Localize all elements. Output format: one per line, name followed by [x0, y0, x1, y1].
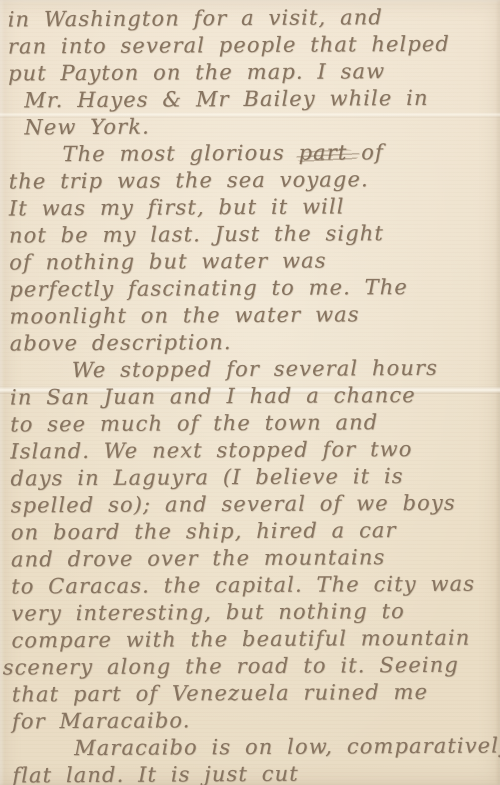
- handwritten-line: in San Juan and I had a chance: [0, 381, 500, 411]
- handwritten-line: days in Laguyra (I believe it is: [0, 462, 500, 492]
- handwritten-line: above description.: [0, 327, 500, 357]
- handwritten-line: for Maracaibo.: [2, 705, 500, 735]
- handwritten-line: not be my last. Just the sight: [0, 219, 499, 249]
- handwritten-line: Island. We next stopped for two: [0, 435, 500, 465]
- handwritten-line: moonlight on the water was: [0, 300, 500, 330]
- handwritten-line: in Washington for a visit, and: [0, 3, 498, 33]
- handwritten-line: to Caracas. the capital. The city was: [1, 570, 500, 600]
- handwritten-line: very interesting, but nothing to: [1, 597, 500, 627]
- handwritten-line: the trip was the sea voyage.: [0, 165, 499, 195]
- handwritten-line: put Payton on the map. I saw: [0, 57, 498, 87]
- handwritten-line: ran into several people that helped: [0, 30, 498, 60]
- handwritten-line: of nothing but water was: [0, 246, 499, 276]
- handwritten-line: flat land. It is just cut: [2, 759, 500, 785]
- handwritten-line: perfectly fascinating to me. The: [0, 273, 499, 303]
- handwritten-line: Mr. Hayes & Mr Bailey while in: [0, 84, 498, 114]
- handwritten-line: that part of Venezuela ruined me: [2, 678, 500, 708]
- handwritten-line: and drove over the mountains: [1, 543, 500, 573]
- handwritten-line: compare with the beautiful mountain: [1, 624, 500, 654]
- handwritten-line: scenery along the road to it. Seeing: [2, 651, 500, 681]
- handwritten-line: It was my first, but it will: [0, 192, 499, 222]
- handwritten-line paragraph-start: The most glorious part of: [0, 138, 499, 168]
- handwritten-line: spelled so); and several of we boys: [1, 489, 500, 519]
- handwritten-line: on board the ship, hired a car: [1, 516, 500, 546]
- letter-body: in Washington for a visit, and ran into …: [0, 3, 500, 785]
- handwritten-line paragraph-start: We stopped for several hours: [0, 354, 500, 384]
- handwritten-line: New York.: [0, 111, 498, 141]
- handwritten-line paragraph-start: Maracaibo is on low, comparatively: [2, 732, 500, 762]
- letter-page: in Washington for a visit, and ran into …: [0, 0, 500, 785]
- handwritten-line: to see much of the town and: [0, 408, 500, 438]
